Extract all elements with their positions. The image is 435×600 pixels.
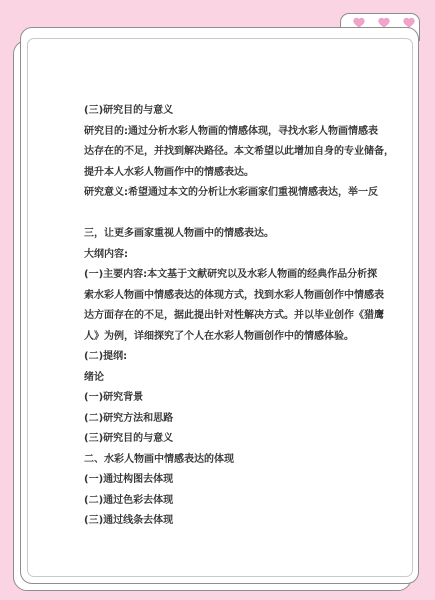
text-line: (一)通过构图去体现	[84, 470, 384, 491]
page-background: (三)研究目的与意义 研究目的:通过分析水彩人物画的情感体现，寻找水彩人物画情感…	[0, 0, 435, 600]
text-line: 达存在的不足，并找到解决路径。本文希望以此增加自身的专业储备，	[84, 142, 384, 163]
text-line: 大纲内容:	[84, 245, 384, 266]
text-line: 人》为例，详细探究了个人在水彩人物画创作中的情感体验。	[84, 327, 384, 348]
text-line: 达方面存在的不足，据此提出针对性解决方式。并以毕业创作《猎鹰	[84, 306, 384, 327]
text-line: (一)研究背景	[84, 388, 384, 409]
text-line-blank	[84, 204, 384, 225]
text-line: 三，让更多画家重视人物画中的情感表达。	[84, 224, 384, 245]
text-line: (三)通过线条去体现	[84, 511, 384, 532]
text-line: 绪论	[84, 368, 384, 389]
text-line: (二)研究方法和思路	[84, 409, 384, 430]
text-line: (一)主要内容:本文基于文献研究以及水彩人物画的经典作品分析探	[84, 265, 384, 286]
text-line: (三)研究目的与意义	[84, 101, 384, 122]
text-line: 二、水彩人物画中情感表达的体现	[84, 450, 384, 471]
text-line: 提升本人水彩人物画作中的情感表达。	[84, 163, 384, 184]
text-line: (二)通过色彩去体现	[84, 491, 384, 512]
document-text: (三)研究目的与意义 研究目的:通过分析水彩人物画的情感体现，寻找水彩人物画情感…	[84, 101, 384, 532]
text-line: (三)研究目的与意义	[84, 429, 384, 450]
text-line: (二)提纲:	[84, 347, 384, 368]
text-line: 研究目的:通过分析水彩人物画的情感体现，寻找水彩人物画情感表	[84, 122, 384, 143]
text-line: 索水彩人物画中情感表达的体现方式，找到水彩人物画创作中情感表	[84, 286, 384, 307]
text-line: 研究意义:希望通过本文的分析让水彩画家们重视情感表达，举一反	[84, 183, 384, 204]
